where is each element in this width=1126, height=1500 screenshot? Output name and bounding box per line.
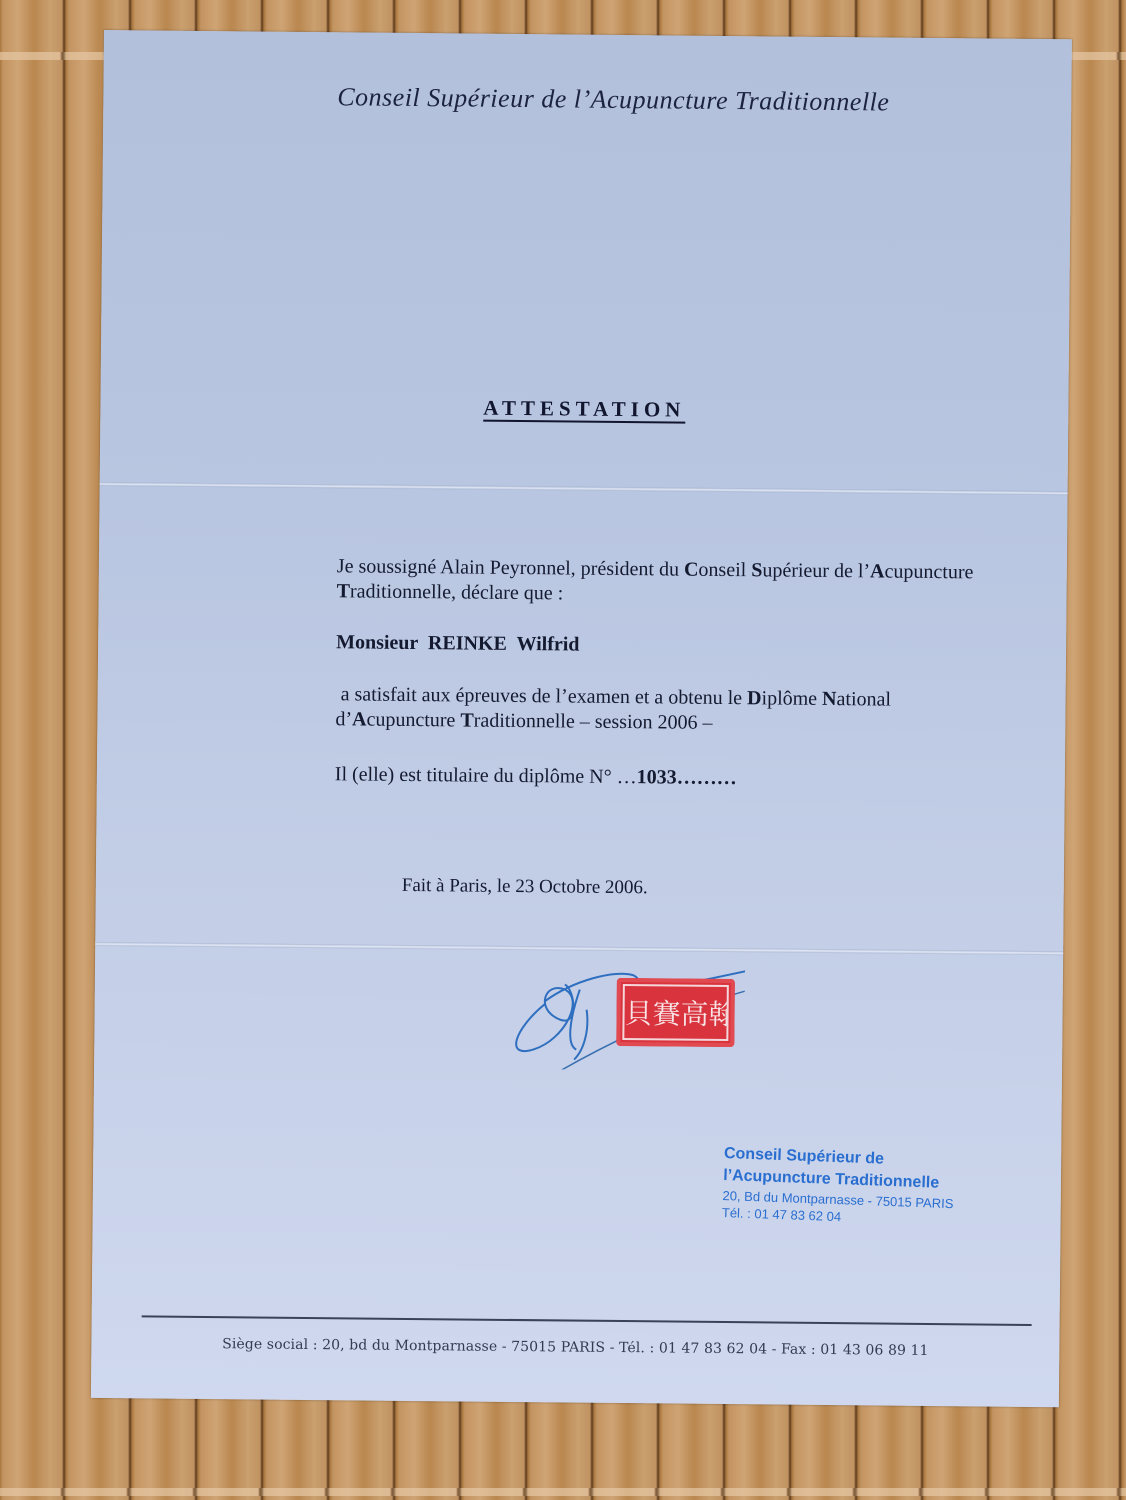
footer-divider	[142, 1315, 1032, 1326]
diploma-suffix: ………	[677, 767, 737, 790]
document-title-text: ATTESTATION	[483, 396, 685, 422]
declaration-paragraph: Je soussigné Alain Peyronnel, président …	[336, 554, 976, 610]
red-seal: 貝賽高翰	[616, 978, 735, 1047]
document-title: ATTESTATION	[100, 392, 1068, 426]
recipient-name: Monsieur REINKE Wilfrid	[336, 630, 976, 661]
footer-address: Siège social : 20, bd du Montparnasse - …	[91, 1335, 1059, 1360]
seal-characters: 貝賽高翰	[622, 984, 729, 1041]
seal-glyph: 貝	[624, 992, 652, 1032]
organization-stamp: Conseil Supérieur de l’Acupuncture Tradi…	[722, 1143, 956, 1229]
fold-line-upper	[100, 482, 1068, 495]
diploma-prefix: Il (elle) est titulaire du diplôme N° …	[335, 763, 637, 788]
attestation-document: Conseil Supérieur de l’Acupuncture Tradi…	[91, 30, 1072, 1407]
seal-glyph: 翰	[708, 993, 728, 1033]
diploma-number: 1033	[637, 766, 677, 788]
seal-glyph: 賽	[652, 992, 680, 1032]
letterhead: Conseil Supérieur de l’Acupuncture Tradi…	[273, 82, 953, 119]
date-place-line: Fait à Paris, le 23 Octobre 2006.	[402, 875, 648, 899]
diploma-number-line: Il (elle) est titulaire du diplôme N° …1…	[335, 762, 975, 793]
seal-glyph: 高	[680, 993, 708, 1033]
mat-binding-bottom	[0, 1488, 1126, 1496]
achievement-paragraph: a satisfait aux épreuves de l’examen et …	[335, 682, 975, 738]
